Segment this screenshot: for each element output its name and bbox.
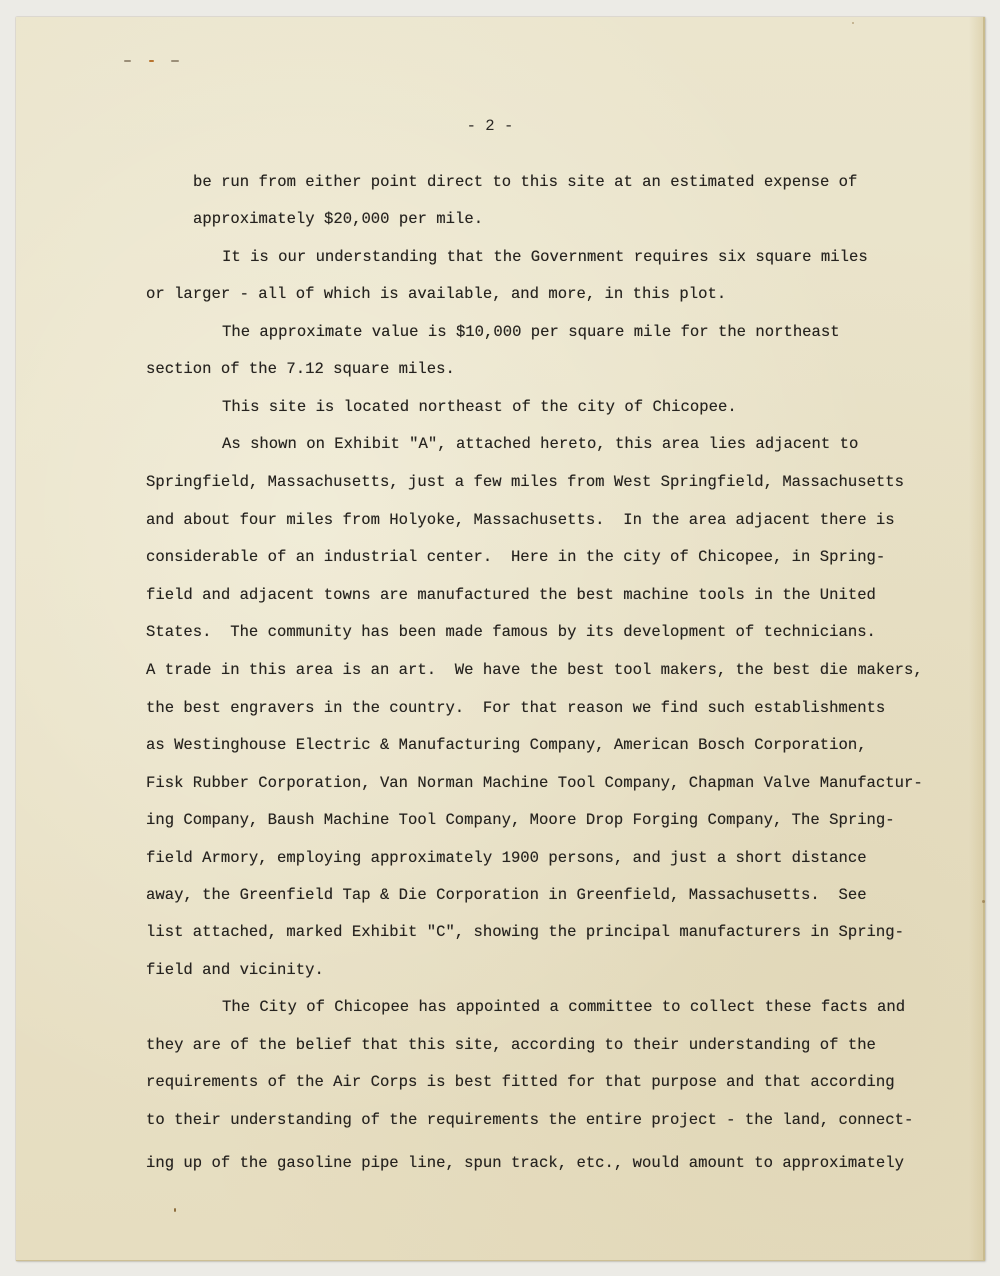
text-line: away, the Greenfield Tap & Die Corporati…	[146, 885, 867, 905]
text-line: A trade in this area is an art. We have …	[146, 660, 923, 680]
text-line: approximately $20,000 per mile.	[193, 209, 483, 229]
paragraph-start: As shown on Exhibit "A", attached hereto…	[222, 434, 858, 454]
page-number: - 2 -	[440, 117, 540, 135]
text-line: Springfield, Massachusetts, just a few m…	[146, 472, 904, 492]
text-line: list attached, marked Exhibit "C", showi…	[146, 922, 904, 942]
text-line: to their understanding of the requiremen…	[146, 1110, 913, 1130]
text-line: or larger - all of which is available, a…	[146, 284, 726, 304]
text-line: as Westinghouse Electric & Manufacturing…	[146, 735, 867, 755]
text-line: ing up of the gasoline pipe line, spun t…	[146, 1153, 904, 1173]
paper-speck	[174, 1208, 176, 1212]
text-line: States. The community has been made famo…	[146, 622, 876, 642]
paper-speck	[852, 22, 854, 24]
punch-mark	[149, 60, 154, 62]
text-line: section of the 7.12 square miles.	[146, 359, 455, 379]
paragraph-start: It is our understanding that the Governm…	[222, 247, 868, 267]
paragraph-start: This site is located northeast of the ci…	[222, 397, 737, 417]
text-line: they are of the belief that this site, a…	[146, 1035, 876, 1055]
punch-mark	[124, 60, 131, 62]
text-line: field and vicinity.	[146, 960, 324, 980]
text-line: field Armory, employing approximately 19…	[146, 848, 867, 868]
paper-speck	[982, 900, 985, 903]
paragraph-start: The approximate value is $10,000 per squ…	[222, 322, 840, 342]
punch-marks	[124, 58, 184, 64]
text-line: the best engravers in the country. For t…	[146, 698, 885, 718]
text-line: Fisk Rubber Corporation, Van Norman Mach…	[146, 773, 923, 793]
text-line: and about four miles from Holyoke, Massa…	[146, 510, 895, 530]
text-line: field and adjacent towns are manufacture…	[146, 585, 876, 605]
punch-mark	[171, 60, 179, 62]
paragraph-start: The City of Chicopee has appointed a com…	[222, 997, 905, 1017]
text-line: ing Company, Baush Machine Tool Company,…	[146, 810, 895, 830]
text-line: be run from either point direct to this …	[193, 172, 857, 192]
text-line: requirements of the Air Corps is best fi…	[146, 1072, 895, 1092]
text-line: considerable of an industrial center. He…	[146, 547, 885, 567]
